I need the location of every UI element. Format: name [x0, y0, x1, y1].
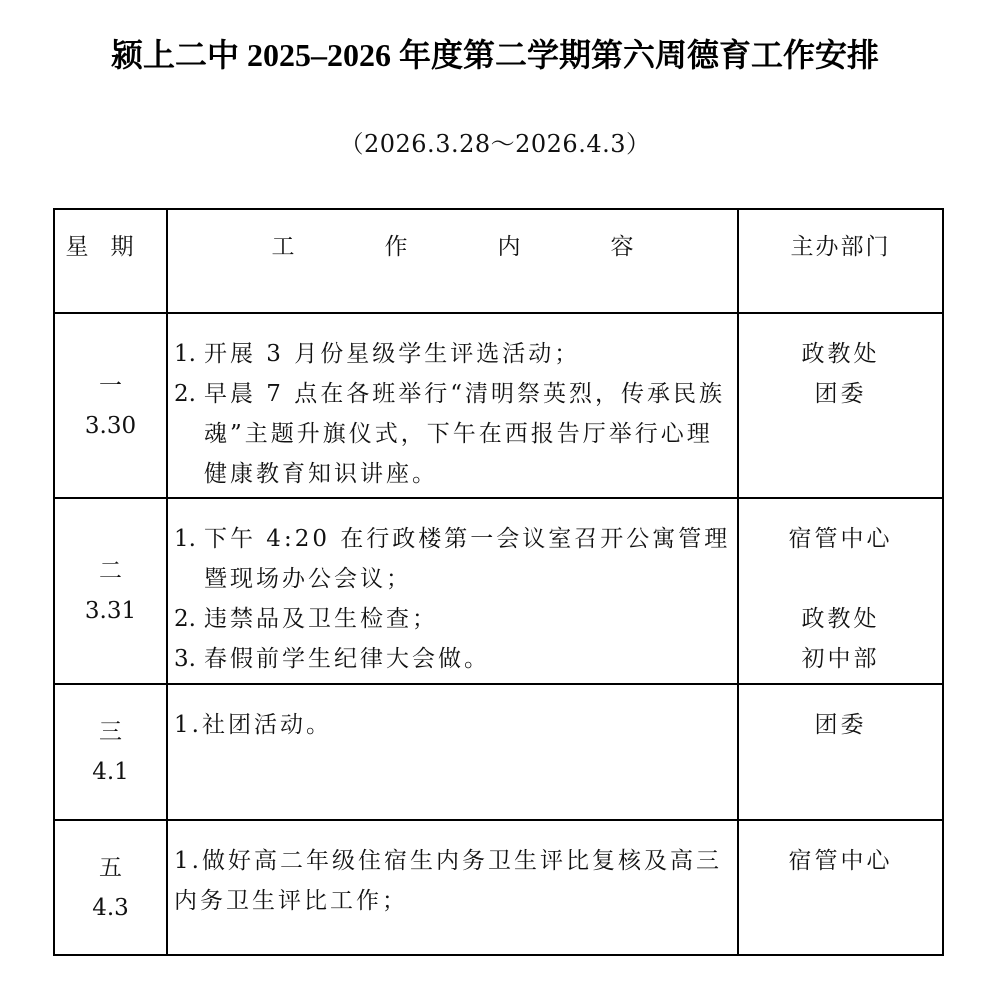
item-number: 3. [174, 639, 204, 679]
header-day: 星期 [54, 209, 167, 313]
spacer [739, 559, 942, 599]
weekday: 二 [55, 551, 166, 591]
header-content-char: 内 [498, 228, 521, 261]
department: 宿管中心 [739, 519, 942, 559]
department: 初中部 [739, 639, 942, 679]
department-cell: 团委 [738, 684, 943, 820]
department: 政教处 [739, 599, 942, 639]
item-text: 违禁品及卫生检查； [204, 606, 438, 632]
content-cell: 1.开展 3 月份星级学生评选活动； 2.早晨 7 点在各班举行“清明祭英烈，传… [167, 313, 738, 498]
work-item: 1.开展 3 月份星级学生评选活动； [174, 334, 731, 374]
work-item: 1.下午 4:20 在行政楼第一会议室召开公寓管理暨现场办公会议； [174, 519, 731, 599]
date-range: （2026.3.28～2026.4.3） [0, 124, 990, 159]
weekday: 一 [55, 366, 166, 406]
item-text: 下午 4:20 在行政楼第一会议室召开公寓管理暨现场办公会议； [204, 526, 730, 592]
document-title: 颍上二中 2025–2026 年度第二学期第六周德育工作安排 [0, 30, 990, 76]
department-cell: 政教处 团委 [738, 313, 943, 498]
item-text: 开展 3 月份星级学生评选活动； [204, 341, 580, 367]
header-content: 工作内容 [167, 209, 738, 313]
work-item: 3.春假前学生纪律大会做。 [174, 639, 731, 679]
schedule-table: 星期 工作内容 主办部门 一 3.30 1.开展 3 月份星级学生评选活动； 2… [53, 208, 944, 956]
table-row: 二 3.31 1.下午 4:20 在行政楼第一会议室召开公寓管理暨现场办公会议；… [54, 498, 943, 684]
item-number: 1. [174, 848, 202, 874]
table-row: 一 3.30 1.开展 3 月份星级学生评选活动； 2.早晨 7 点在各班举行“… [54, 313, 943, 498]
department-cell: 宿管中心 [738, 820, 943, 955]
header-department: 主办部门 [738, 209, 943, 313]
table-header-row: 星期 工作内容 主办部门 [54, 209, 943, 313]
item-number: 1. [174, 334, 204, 374]
header-content-char: 作 [385, 228, 408, 261]
work-item: 1.做好高二年级住宿生内务卫生评比复核及高三内务卫生评比工作； [174, 841, 731, 921]
department-cell: 宿管中心 政教处 初中部 [738, 498, 943, 684]
item-text: 早晨 7 点在各班举行“清明祭英烈，传承民族魂”主题升旗仪式，下午在西报告厅举行… [204, 381, 725, 487]
day-cell: 五 4.3 [54, 820, 167, 955]
weekday: 五 [55, 848, 166, 888]
table-row: 三 4.1 1.社团活动。 团委 [54, 684, 943, 820]
item-number: 2. [174, 599, 204, 639]
department: 团委 [739, 374, 942, 414]
item-text: 做好高二年级住宿生内务卫生评比复核及高三内务卫生评比工作； [174, 848, 722, 914]
day-cell: 二 3.31 [54, 498, 167, 684]
item-text: 社团活动。 [202, 712, 332, 738]
department: 宿管中心 [739, 841, 942, 881]
item-number: 1. [174, 712, 202, 738]
header-content-char: 工 [272, 228, 295, 261]
weekday: 三 [55, 712, 166, 752]
department: 团委 [739, 705, 942, 745]
item-text: 春假前学生纪律大会做。 [204, 646, 490, 672]
day-cell: 三 4.1 [54, 684, 167, 820]
day-cell: 一 3.30 [54, 313, 167, 498]
date: 4.1 [55, 752, 166, 792]
item-number: 1. [174, 519, 204, 559]
content-cell: 1.下午 4:20 在行政楼第一会议室召开公寓管理暨现场办公会议； 2.违禁品及… [167, 498, 738, 684]
content-cell: 1.做好高二年级住宿生内务卫生评比复核及高三内务卫生评比工作； [167, 820, 738, 955]
work-item: 2.早晨 7 点在各班举行“清明祭英烈，传承民族魂”主题升旗仪式，下午在西报告厅… [174, 374, 731, 494]
date: 4.3 [55, 888, 166, 928]
header-content-char: 容 [611, 228, 634, 261]
work-item: 1.社团活动。 [174, 705, 731, 745]
table-row: 五 4.3 1.做好高二年级住宿生内务卫生评比复核及高三内务卫生评比工作； 宿管… [54, 820, 943, 955]
date: 3.30 [55, 406, 166, 446]
department: 政教处 [739, 334, 942, 374]
item-number: 2. [174, 374, 204, 414]
work-item: 2.违禁品及卫生检查； [174, 599, 731, 639]
date: 3.31 [55, 591, 166, 631]
content-cell: 1.社团活动。 [167, 684, 738, 820]
